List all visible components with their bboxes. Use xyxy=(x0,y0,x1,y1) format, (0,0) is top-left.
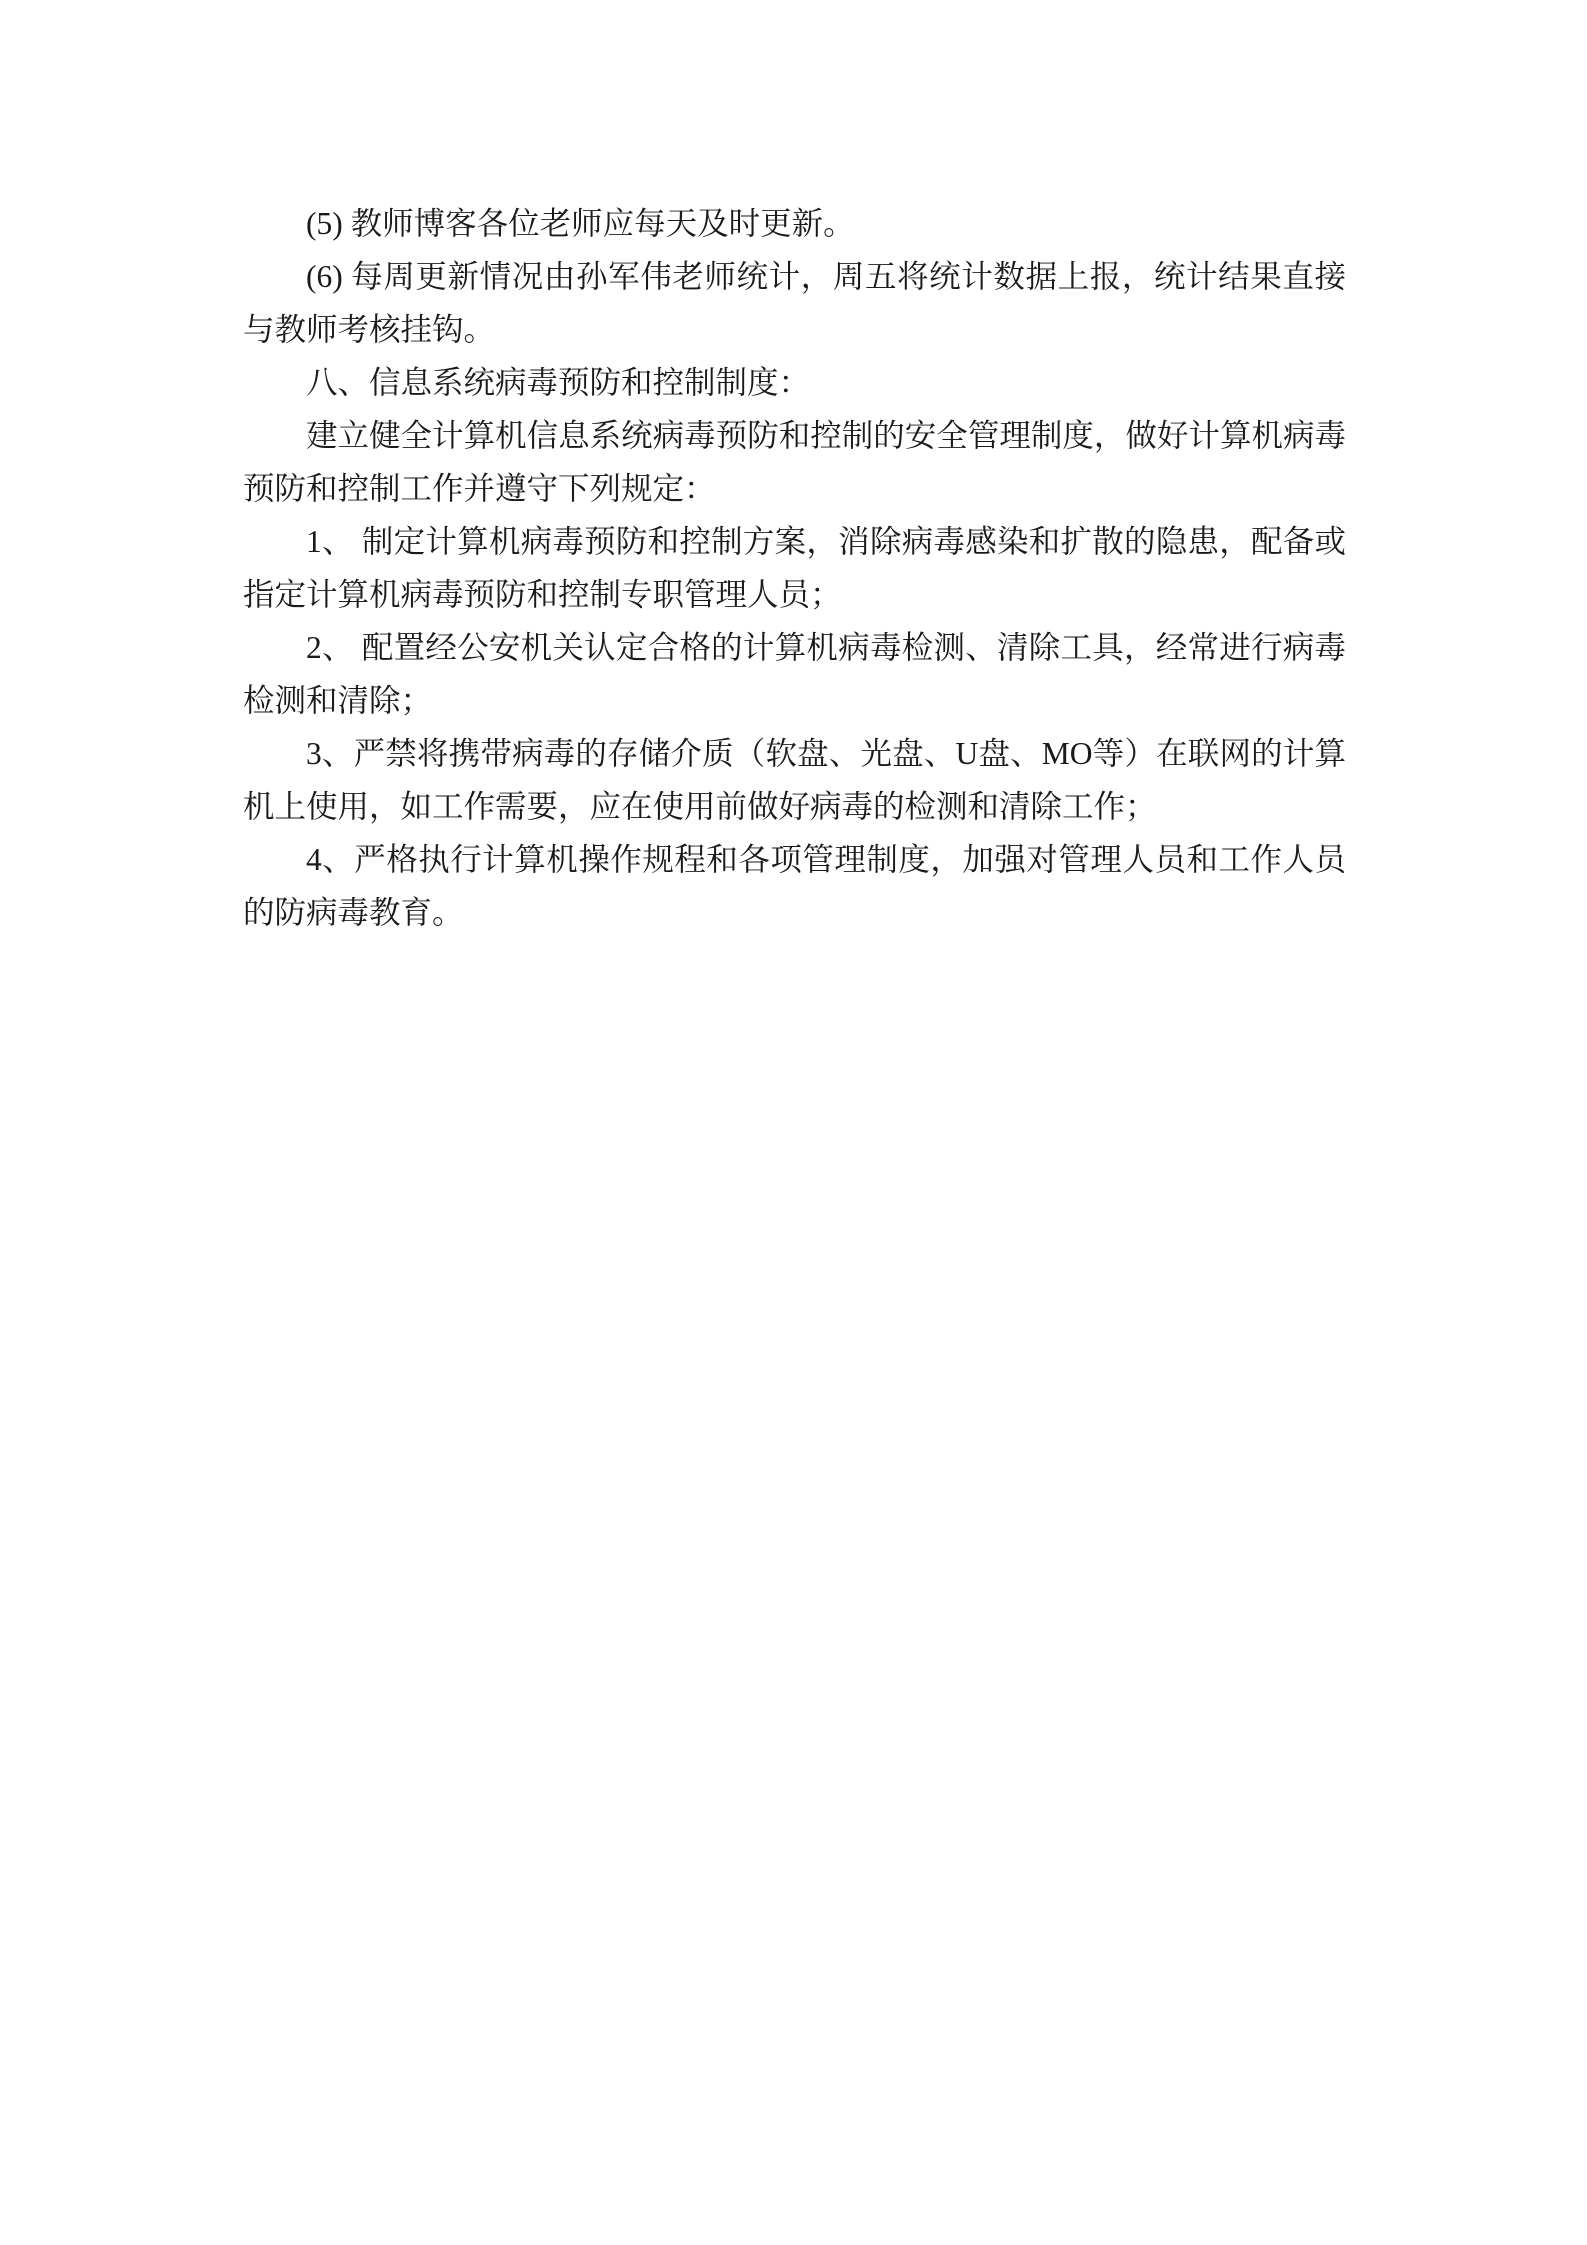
document-page: (5) 教师博客各位老师应每天及时更新。 (6) 每周更新情况由孙军伟老师统计，… xyxy=(0,0,1587,2245)
paragraph-virus-policy-intro: 建立健全计算机信息系统病毒预防和控制的安全管理制度，做好计算机病毒预防和控制工作… xyxy=(243,409,1346,515)
paragraph-weekly-stats: (6) 每周更新情况由孙军伟老师统计，周五将统计数据上报，统计结果直接与教师考核… xyxy=(243,250,1346,356)
list-item-3-storage-media: 3、严禁将携带病毒的存储介质（软盘、光盘、U盘、MO等）在联网的计算机上使用，如… xyxy=(243,727,1346,833)
section-heading-virus-control: 八、信息系统病毒预防和控制制度： xyxy=(243,356,1346,409)
paragraph-teacher-blog-update: (5) 教师博客各位老师应每天及时更新。 xyxy=(243,197,1346,250)
list-item-1-virus-plan: 1、 制定计算机病毒预防和控制方案，消除病毒感染和扩散的隐患，配备或指定计算机病… xyxy=(243,515,1346,621)
list-item-4-operation-rules: 4、严格执行计算机操作规程和各项管理制度，加强对管理人员和工作人员的防病毒教育。 xyxy=(243,833,1346,939)
list-item-2-detection-tools: 2、 配置经公安机关认定合格的计算机病毒检测、清除工具，经常进行病毒检测和清除； xyxy=(243,621,1346,727)
document-body: (5) 教师博客各位老师应每天及时更新。 (6) 每周更新情况由孙军伟老师统计，… xyxy=(243,197,1346,939)
